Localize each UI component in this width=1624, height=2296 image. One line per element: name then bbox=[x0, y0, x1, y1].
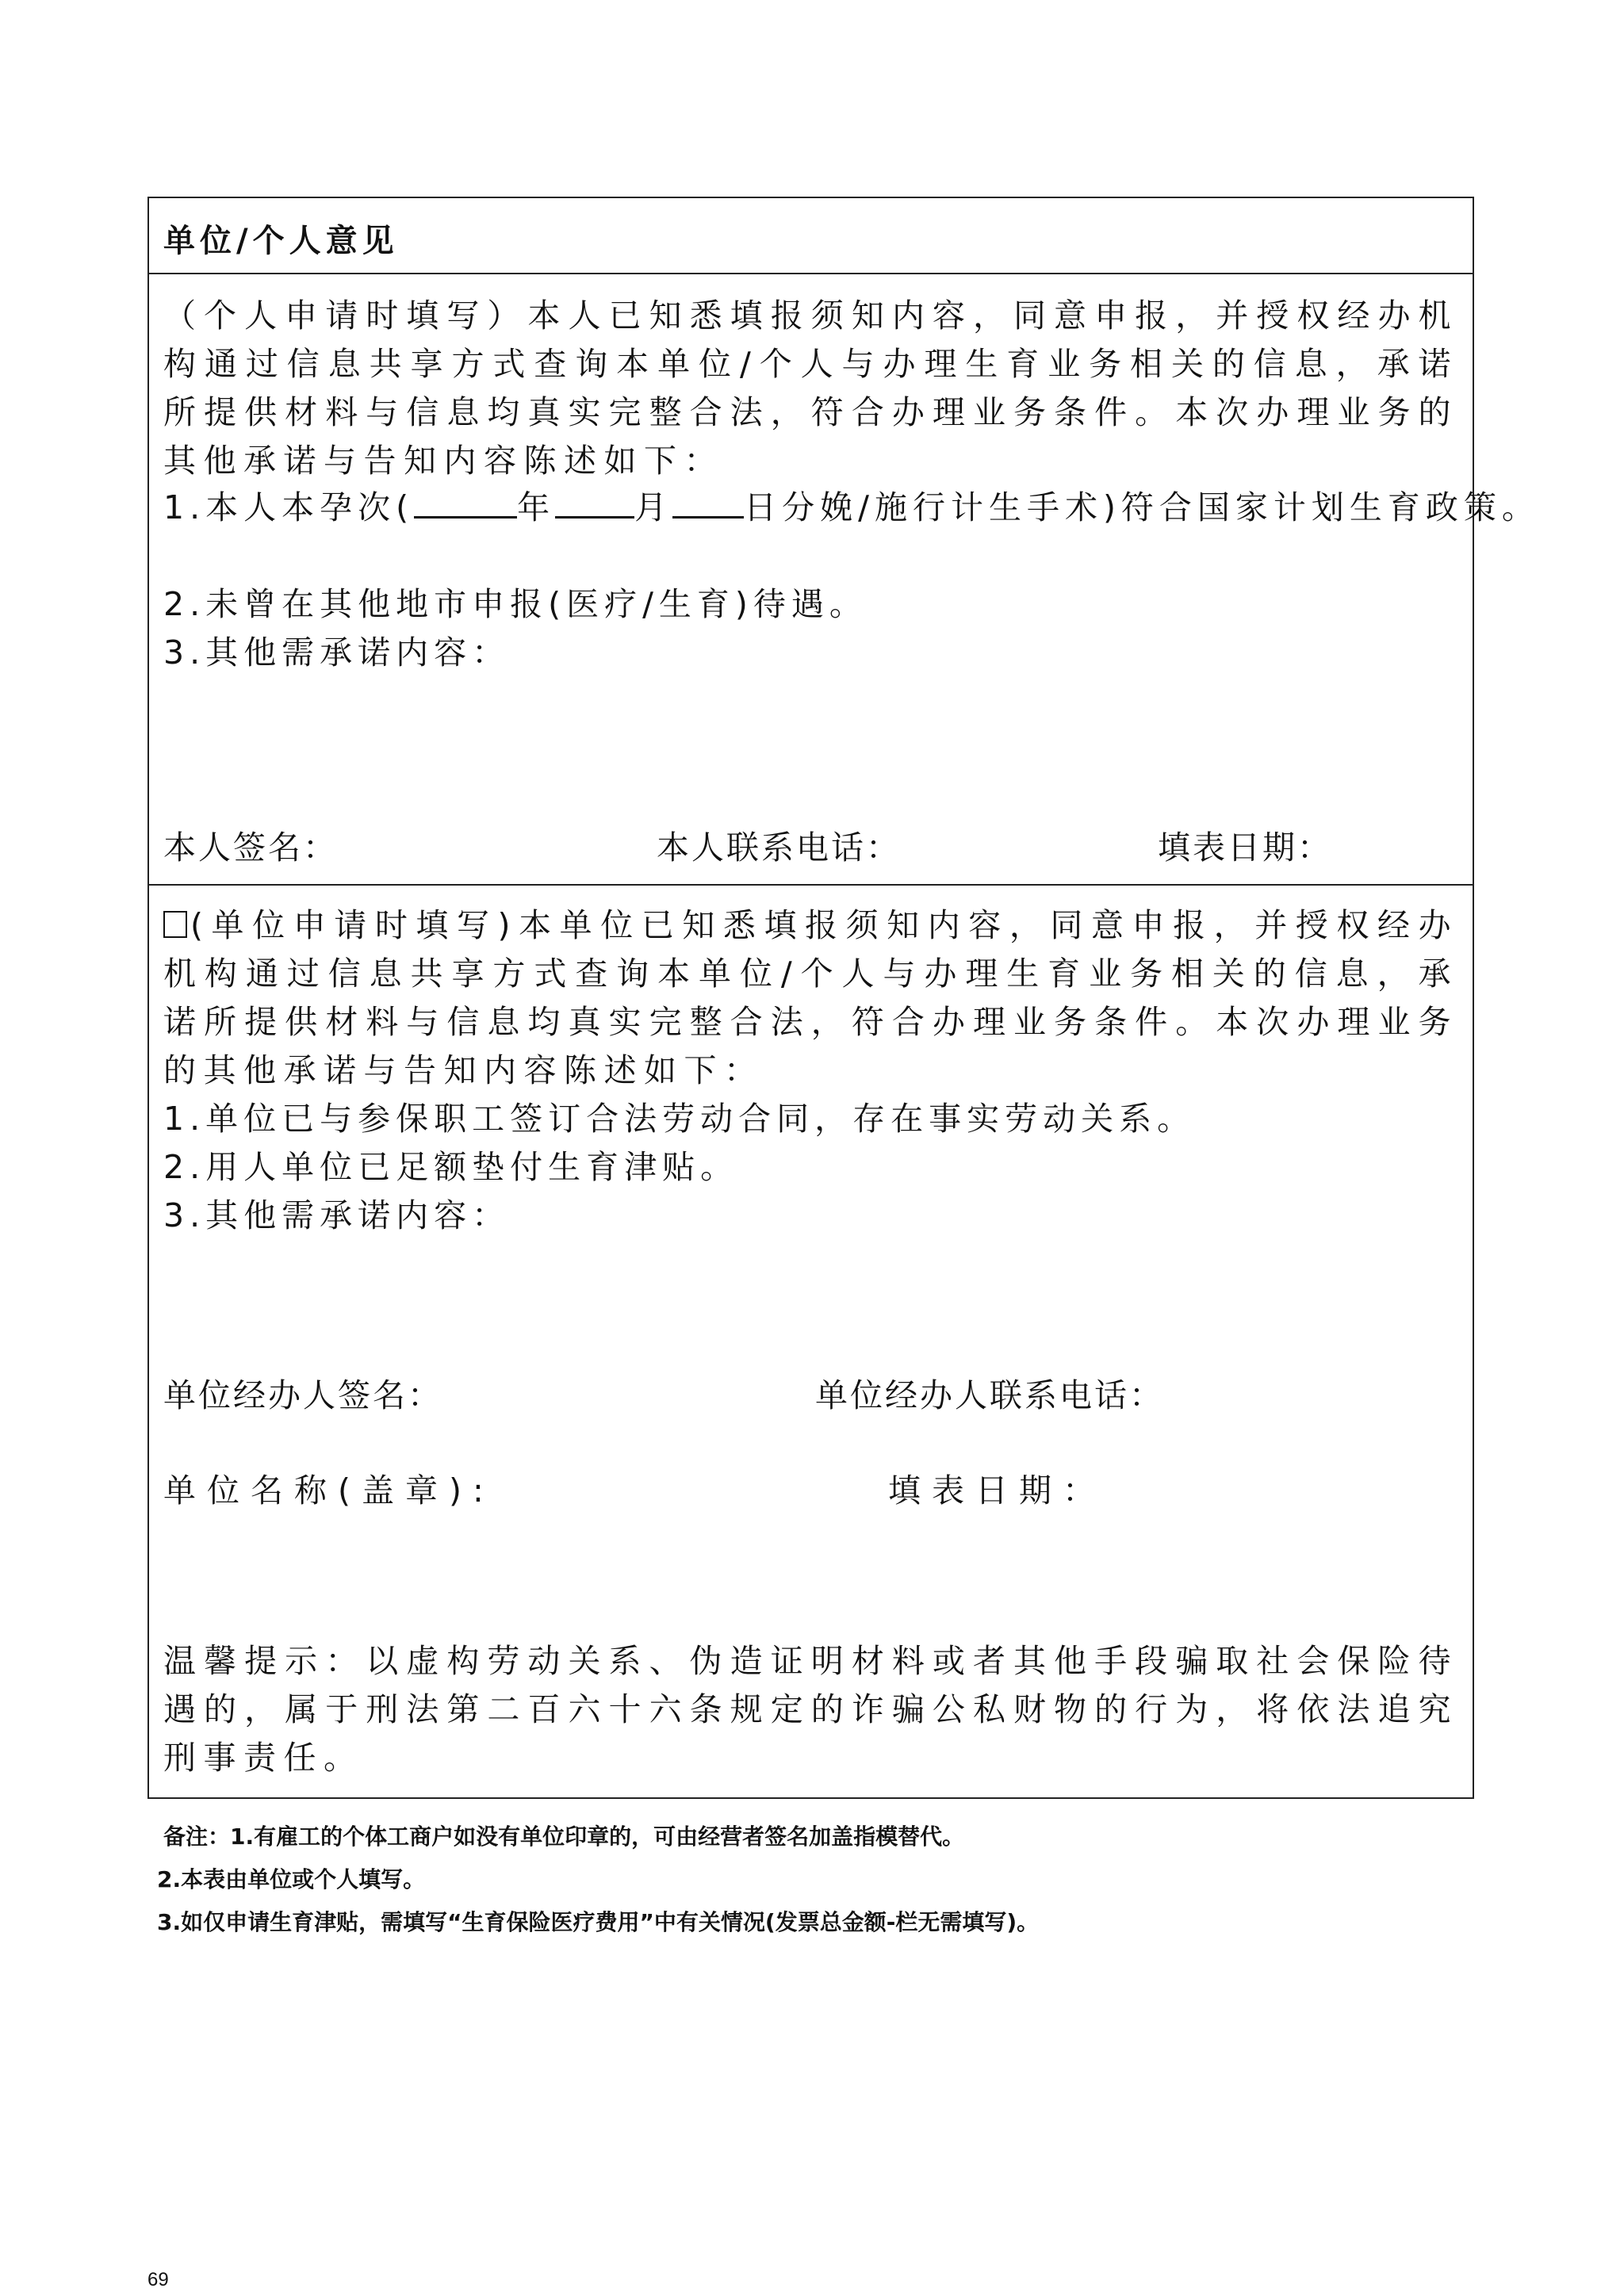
remark-1: 备注：1.有雇工的个体工商户如没有单位印章的，可由经营者签名加盖指模替代。 bbox=[163, 1816, 1039, 1858]
year-blank-field[interactable] bbox=[414, 488, 517, 519]
personal-phone-field[interactable]: 本人联系电话： bbox=[657, 821, 901, 868]
opinion-form-table: 单位/个人意见 （个人申请时填写）本人已知悉填报须知内容，同意申报，并授权经办机… bbox=[147, 197, 1474, 1799]
day-blank-field[interactable] bbox=[672, 488, 744, 519]
item1-suffix: 日分娩/施行计生手术)符合国家计划生育政策。 bbox=[744, 488, 1540, 526]
unit-declaration-section: (单位申请时填写)本单位已知悉填报须知内容，同意申报，并授权经办机构通过信息共享… bbox=[149, 886, 1473, 1797]
warning-notice: 温馨提示：以虚构劳动关系、伪造证明材料或者其他手段骗取社会保险待遇的，属于刑法第… bbox=[163, 1637, 1458, 1782]
item1-year-label: 年 bbox=[517, 488, 555, 526]
personal-item-2: 2.未曾在其他地市申报(医疗/生育)待遇。 bbox=[163, 580, 1465, 629]
form-header-row: 单位/个人意见 bbox=[149, 198, 1473, 274]
personal-statement: （个人申请时填写）本人已知悉填报须知内容，同意申报，并授权经办机构通过信息共享方… bbox=[163, 292, 1458, 485]
unit-apply-checkbox[interactable] bbox=[163, 911, 187, 938]
personal-date-field[interactable]: 填表日期： bbox=[1158, 821, 1332, 868]
unit-item-1: 1.单位已与参保职工签订合法劳动合同，存在事实劳动关系。 bbox=[163, 1095, 1465, 1143]
personal-item-1: 1.本人本孕次(年月日分娩/施行计生手术)符合国家计划生育政策。 bbox=[163, 484, 1465, 532]
unit-date-field[interactable]: 填表日期： bbox=[888, 1464, 1106, 1511]
personal-declaration-section: （个人申请时填写）本人已知悉填报须知内容，同意申报，并授权经办机构通过信息共享方… bbox=[149, 274, 1473, 886]
item1-prefix: 1.本人本孕次( bbox=[163, 488, 414, 526]
remark-2: 2.本表由单位或个人填写。 bbox=[157, 1858, 1039, 1901]
unit-statement: (单位申请时填写)本单位已知悉填报须知内容，同意申报，并授权经办机构通过信息共享… bbox=[163, 901, 1458, 1095]
remarks: 备注：1.有雇工的个体工商户如没有单位印章的，可由经营者签名加盖指模替代。 2.… bbox=[163, 1816, 1039, 1944]
unit-item-2: 2.用人单位已足额垫付生育津贴。 bbox=[163, 1143, 1465, 1192]
unit-item-3: 3.其他需承诺内容： bbox=[163, 1192, 1465, 1240]
personal-signature-field[interactable]: 本人签名： bbox=[163, 821, 338, 868]
month-blank-field[interactable] bbox=[555, 488, 634, 519]
section-title: 单位/个人意见 bbox=[163, 216, 399, 261]
personal-item-3: 3.其他需承诺内容： bbox=[163, 629, 1465, 677]
handler-phone-field[interactable]: 单位经办人联系电话： bbox=[815, 1369, 1164, 1416]
page-number: 69 bbox=[147, 2269, 169, 2291]
unit-name-seal-field[interactable]: 单位名称(盖章): bbox=[163, 1464, 495, 1511]
unit-statement-text: (单位申请时填写)本单位已知悉填报须知内容，同意申报，并授权经办机构通过信息共享… bbox=[163, 906, 1458, 1089]
item1-month-label: 月 bbox=[634, 488, 672, 526]
remark-3: 3.如仅申请生育津贴，需填写“生育保险医疗费用”中有关情况(发票总金额-栏无需填… bbox=[157, 1901, 1039, 1944]
handler-signature-field[interactable]: 单位经办人签名： bbox=[163, 1369, 442, 1416]
